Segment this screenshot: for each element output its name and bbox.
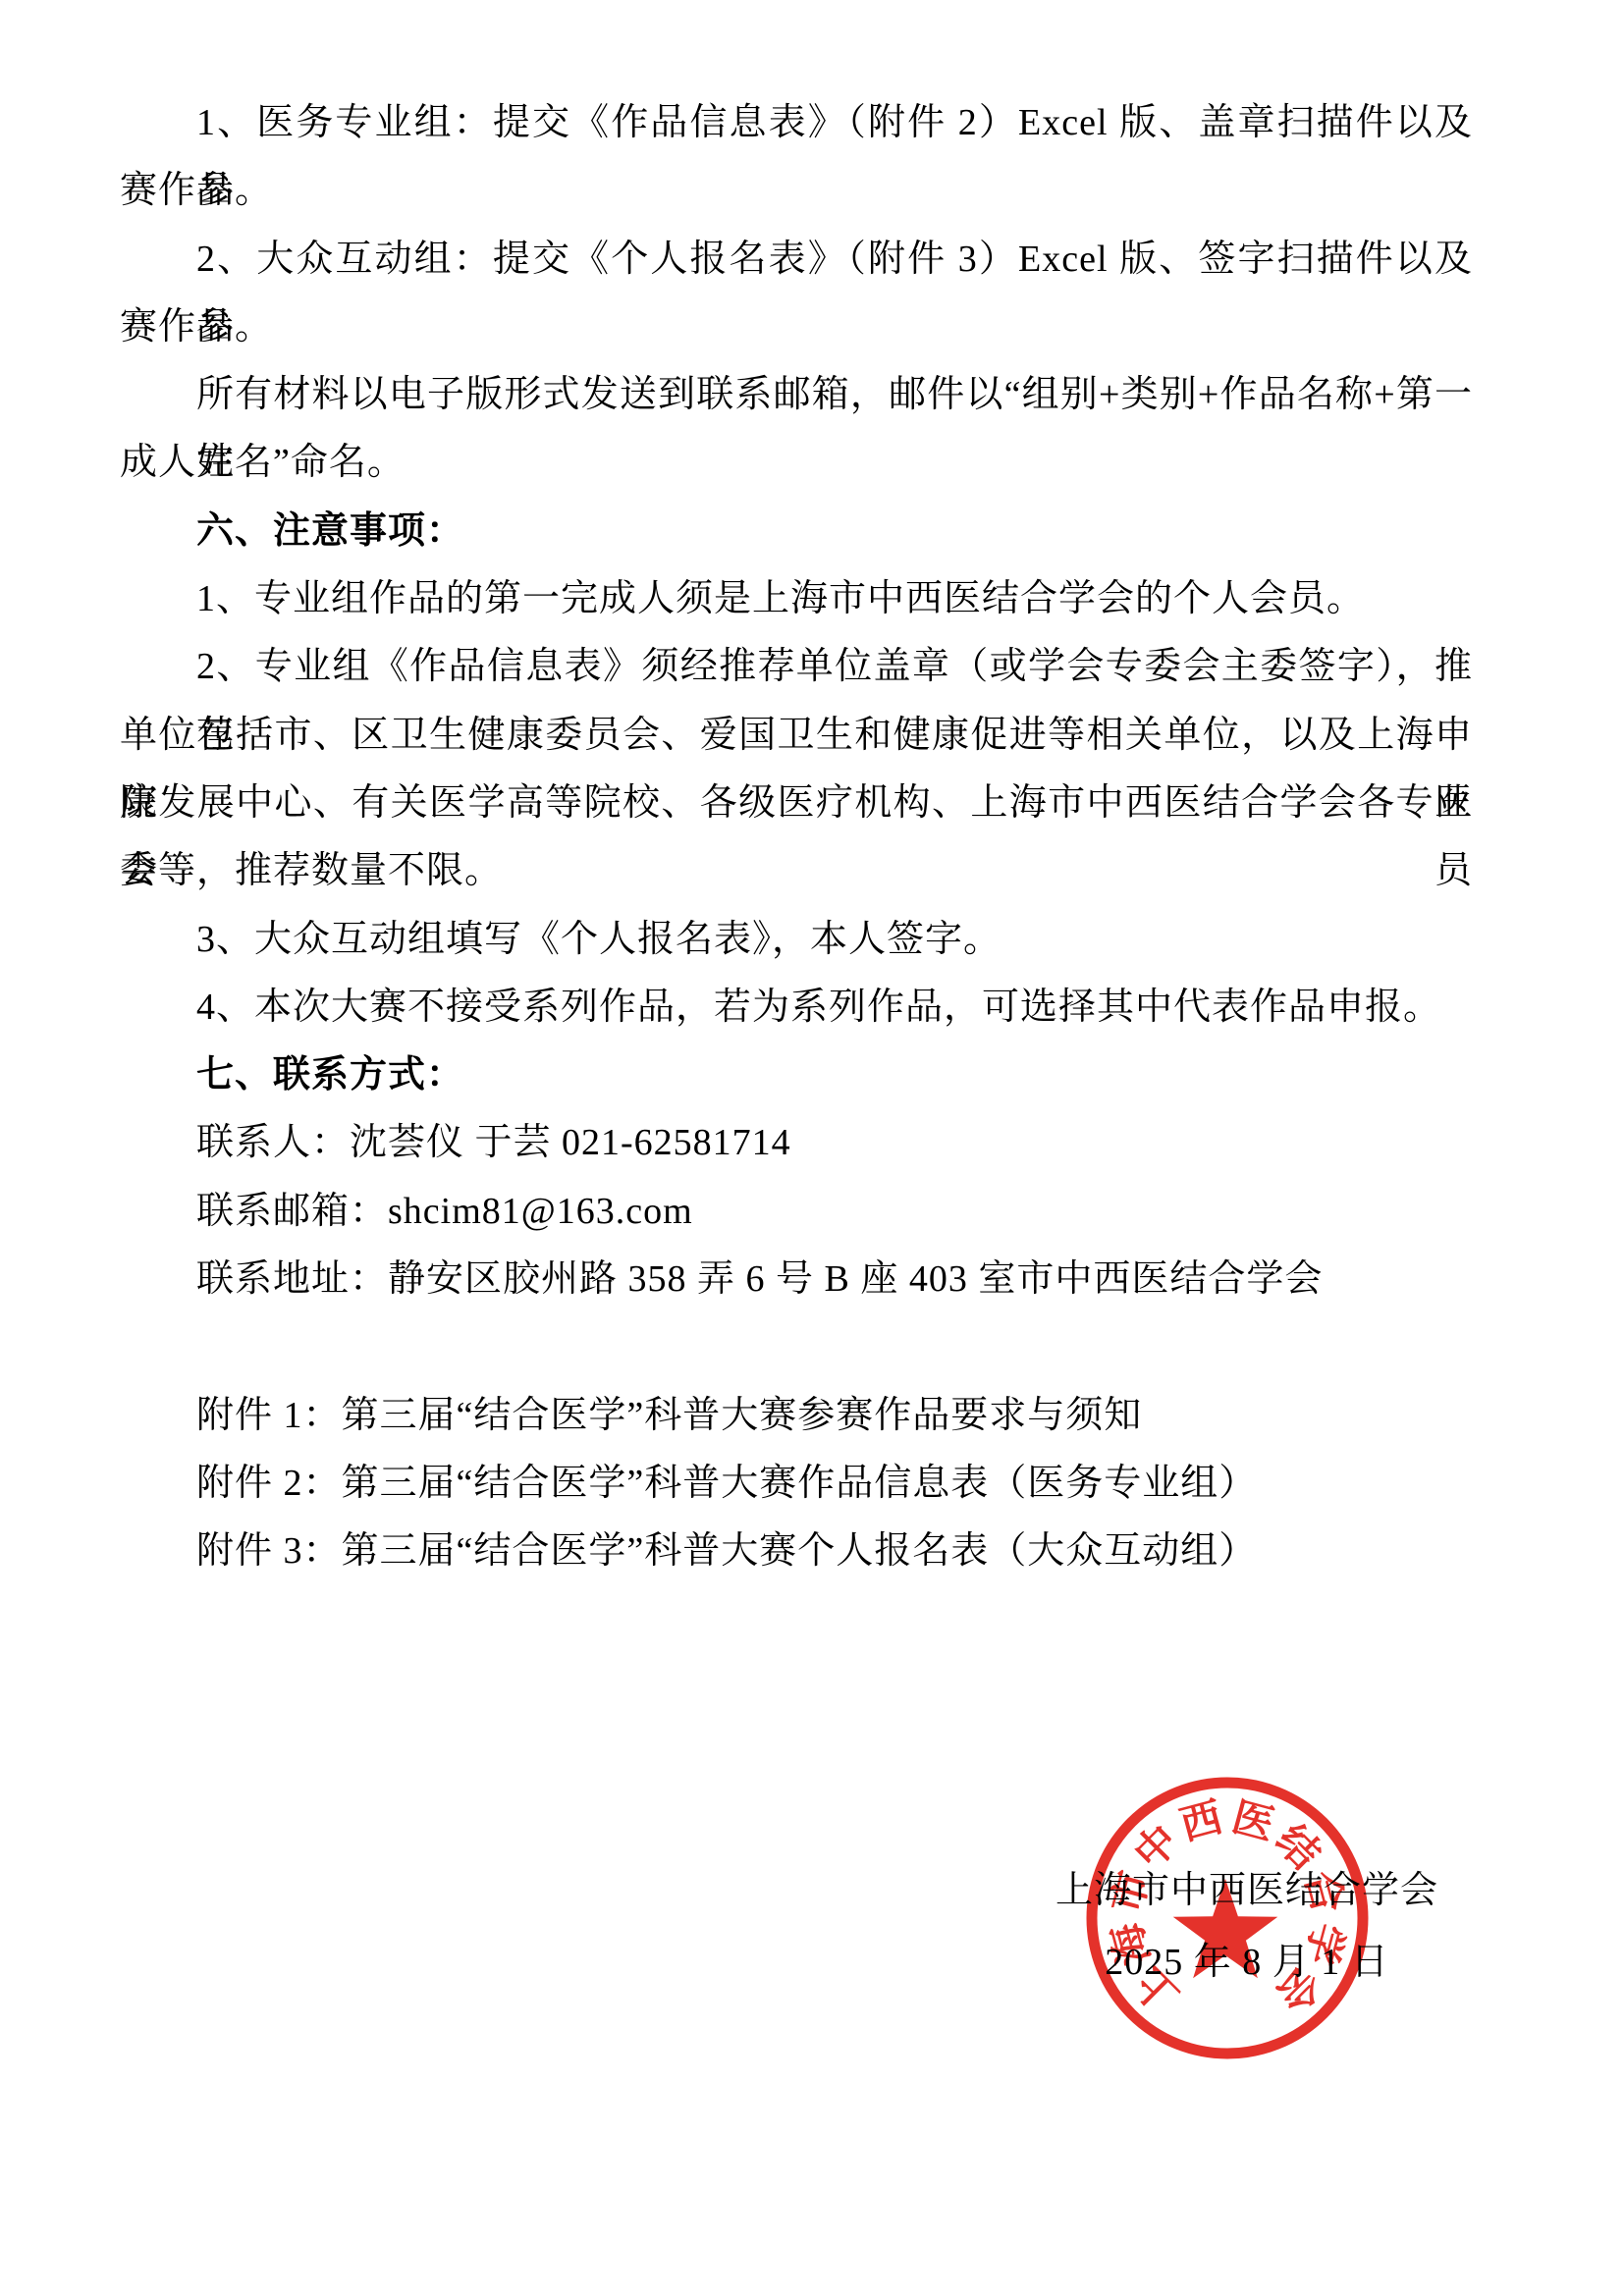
blank-line	[120, 1313, 1473, 1381]
text-line: 附件 2：第三届“结合医学”科普大赛作品信息表（医务专业组）	[120, 1450, 1473, 1518]
text-line: 2、专业组《作品信息表》须经推荐单位盖章（或学会专委会主委签字），推荐	[120, 633, 1473, 701]
text-line: 所有材料以电子版形式发送到联系邮箱，邮件以“组别+类别+作品名称+第一完	[120, 361, 1473, 429]
text-line: 院发展中心、有关医学高等院校、各级医疗机构、上海市中西医结合学会各专业委员	[120, 770, 1473, 837]
text-line: 七、联系方式：	[120, 1041, 1473, 1109]
text-line: 六、注意事项：	[120, 498, 1473, 565]
text-line: 赛作品。	[120, 157, 1473, 225]
text-line: 3、大众互动组填写《个人报名表》，本人签字。	[120, 906, 1473, 974]
text-line: 联系人：沈荟仪 于芸 021-62581714	[120, 1109, 1473, 1177]
text-line: 1、医务专业组：提交《作品信息表》（附件 2）Excel 版、盖章扫描件以及参	[120, 89, 1473, 157]
document-body: 1、医务专业组：提交《作品信息表》（附件 2）Excel 版、盖章扫描件以及参赛…	[120, 89, 1473, 1586]
text-line: 成人姓名”命名。	[120, 429, 1473, 497]
signature-block: 上海市中西医结合学会 2025 年 8 月 1 日	[1041, 1855, 1453, 1999]
text-line: 赛作品。	[120, 294, 1473, 361]
text-line: 单位包括市、区卫生健康委员会、爱国卫生和健康促进等相关单位，以及上海申康医	[120, 702, 1473, 770]
text-line: 联系邮箱：shcim81@163.com	[120, 1178, 1473, 1246]
seal-arc-char: 西	[1176, 1795, 1227, 1849]
seal-arc-char: 医	[1227, 1795, 1278, 1849]
text-line: 附件 1：第三届“结合医学”科普大赛参赛作品要求与须知	[120, 1382, 1473, 1450]
text-line: 2、大众互动组：提交《个人报名表》（附件 3）Excel 版、签字扫描件以及参	[120, 226, 1473, 294]
signature-org: 上海市中西医结合学会	[1041, 1855, 1453, 1927]
document-page: 1、医务专业组：提交《作品信息表》（附件 2）Excel 版、盖章扫描件以及参赛…	[0, 0, 1624, 2296]
signature-date: 2025 年 8 月 1 日	[1041, 1927, 1453, 1999]
text-line: 1、专业组作品的第一完成人须是上海市中西医结合学会的个人会员。	[120, 565, 1473, 633]
text-line: 联系地址：静安区胶州路 358 弄 6 号 B 座 403 室市中西医结合学会	[120, 1246, 1473, 1313]
text-line: 附件 3：第三届“结合医学”科普大赛个人报名表（大众互动组）	[120, 1518, 1473, 1585]
text-line: 4、本次大赛不接受系列作品，若为系列作品，可选择其中代表作品申报。	[120, 974, 1473, 1041]
